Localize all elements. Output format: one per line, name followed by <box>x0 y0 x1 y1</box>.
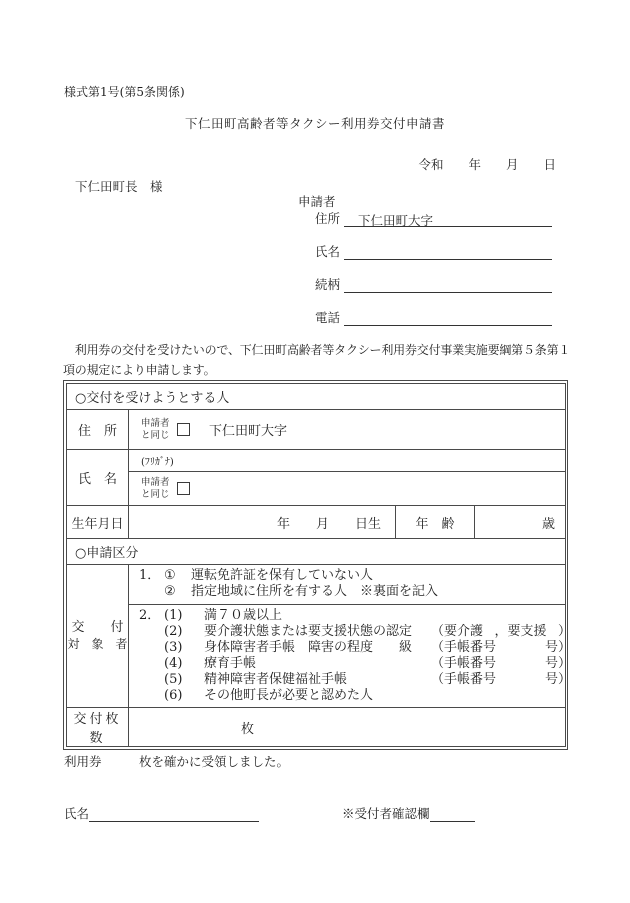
application-table: ○交付を受けようとする人 住 所 申請者 と同じ 下仁田町大字 氏 名 <box>63 380 568 750</box>
applicant-address-label: 住所 <box>315 209 340 227</box>
addressee-label: 下仁田町長 様 <box>75 177 163 195</box>
applicant-address-input-line[interactable]: 下仁田町大字 <box>344 211 552 227</box>
form-number: 様式第1号(第5条関係) <box>64 83 185 100</box>
target-group-label: 交 付 対 象 者 <box>67 565 129 708</box>
applicant-relationship-label: 続柄 <box>315 275 340 293</box>
eligibility-item-2-5: (5)精神障害者保健福祉手帳 （手帳番号 号） <box>139 672 565 688</box>
reception-check-label: ※受付者確認欄 <box>342 806 430 821</box>
eligibility-item-1-1: 1．①運転免許証を保有していない人 <box>139 568 565 584</box>
eligibility-item-2-1: 2．(1)満７０歳以上 <box>139 608 565 624</box>
name-row-label: 氏 名 <box>67 450 129 506</box>
eligibility-item-2-3: (3)身体障害者手帳 障害の程度 級 （手帳番号 号） <box>139 640 565 656</box>
application-form-page: 様式第1号(第5条関係) 下仁田町高齢者等タクシー利用券交付申請書 令和 年 月… <box>0 0 630 903</box>
address-same-checkbox[interactable] <box>177 423 190 436</box>
date-line: 令和 年 月 日 <box>418 155 556 173</box>
age-unit-label: 歳 <box>475 506 566 539</box>
eligibility-item-2-6: (6)その他町長が必要と認めた人 <box>139 688 565 704</box>
applicant-section-label: 申請者 <box>298 192 336 210</box>
address-row-value: 下仁田町大字 <box>209 420 287 439</box>
age-label: 年 齢 <box>396 506 475 539</box>
applicant-phone-value <box>344 310 358 325</box>
name-same-as-applicant-label: 申請者 と同じ <box>141 477 175 500</box>
category-section-header: ○申請区分 <box>67 539 566 565</box>
birthdate-placeholder: 年 月 日生 <box>129 506 396 539</box>
count-unit-label: 枚 <box>129 708 566 747</box>
recipient-section-header: ○交付を受けようとする人 <box>67 384 566 410</box>
body-text-line-1: 利用券の交付を受けたいので、下仁田町高齢者等タクシー利用券交付事業実施要綱第５条… <box>63 341 575 361</box>
name-same-checkbox[interactable] <box>177 482 190 495</box>
receipt-line: 利用券 枚を確かに受領しました。 <box>64 752 289 770</box>
applicant-address-row: 住所下仁田町大字 <box>315 209 552 226</box>
handbook-number-blank-3: （手帳番号 号） <box>431 672 566 688</box>
signature-name-line[interactable] <box>89 805 259 822</box>
application-table-grid: ○交付を受けようとする人 住 所 申請者 と同じ 下仁田町大字 氏 名 <box>66 383 566 747</box>
body-text: 利用券の交付を受けたいので、下仁田町高齢者等タクシー利用券交付事業実施要綱第５条… <box>63 341 575 380</box>
page-title: 下仁田町高齢者等タクシー利用券交付申請書 <box>0 114 630 132</box>
count-row-label: 交付枚数 <box>67 708 129 747</box>
applicant-phone-row: 電話 <box>315 308 552 325</box>
eligibility-section-2: 2．(1)満７０歳以上 (2)要介護状態または要支援状態の認定 （要介護 ，要支… <box>129 605 566 708</box>
furigana-label: (ﾌﾘｶﾞﾅ) <box>129 450 566 472</box>
birthdate-row-label: 生年月日 <box>67 506 129 539</box>
applicant-name-row: 氏名 <box>315 242 552 259</box>
applicant-address-value: 下仁田町大字 <box>344 213 433 228</box>
signature-name-row: 氏名 <box>64 804 259 822</box>
address-row-label: 住 所 <box>67 410 129 450</box>
applicant-phone-label: 電話 <box>315 308 340 326</box>
eligibility-item-2-2: (2)要介護状態または要支援状態の認定 （要介護 ，要支援 ） <box>139 624 565 640</box>
body-text-line-2: 項の規定により申請します。 <box>63 361 575 381</box>
address-row-cell: 申請者 と同じ 下仁田町大字 <box>129 410 566 450</box>
reception-check-row: ※受付者確認欄 <box>342 804 475 822</box>
eligibility-section-1: 1．①運転免許証を保有していない人 ②指定地域に住所を有する人 ※裏面を記入 <box>129 565 566 605</box>
applicant-name-value <box>344 244 358 259</box>
applicant-relationship-value <box>344 277 358 292</box>
handbook-number-blank-2: （手帳番号 号） <box>431 656 566 672</box>
eligibility-item-2-4: (4)療育手帳 （手帳番号 号） <box>139 656 565 672</box>
applicant-relationship-row: 続柄 <box>315 275 552 292</box>
reception-check-line[interactable] <box>430 805 475 822</box>
applicant-relationship-input-line[interactable] <box>344 277 552 293</box>
address-same-as-applicant-label: 申請者 と同じ <box>141 418 175 441</box>
applicant-phone-input-line[interactable] <box>344 310 552 326</box>
applicant-name-input-line[interactable] <box>344 244 552 260</box>
name-row-cell: 申請者 と同じ <box>129 472 566 506</box>
handbook-number-blank-1: （手帳番号 号） <box>431 640 566 656</box>
signature-name-label: 氏名 <box>64 806 89 821</box>
applicant-name-label: 氏名 <box>315 242 340 260</box>
eligibility-item-1-2: ②指定地域に住所を有する人 ※裏面を記入 <box>139 584 565 600</box>
care-level-blank: （要介護 ，要支援 ） <box>431 624 566 640</box>
